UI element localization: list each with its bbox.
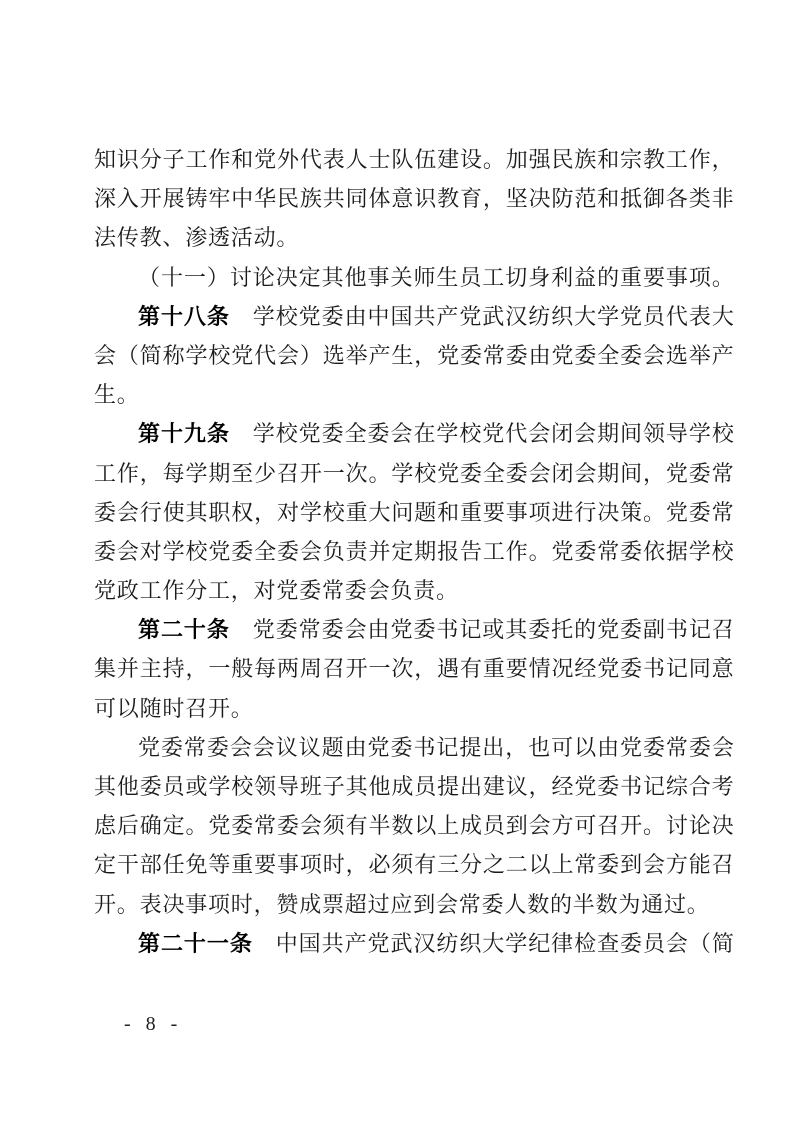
text-line: 第十八条 学校党委由中国共产党武汉纺织大学党员代表大	[94, 297, 734, 336]
text-line: 其他委员或学校领导班子其他成员提出建议，经党委书记综合考	[94, 767, 734, 806]
page-number: - 8 -	[124, 1013, 182, 1035]
text-line: （十一）讨论决定其他事关师生员工切身利益的重要事项。	[94, 258, 734, 297]
text-line: 党委常委会会议议题由党委书记提出，也可以由党委常委会	[94, 728, 734, 767]
paragraph: 党委常委会会议议题由党委书记提出，也可以由党委常委会其他委员或学校领导班子其他成…	[94, 728, 734, 924]
text-line: 法传教、渗透活动。	[94, 218, 734, 257]
paragraph: 第二十一条 中国共产党武汉纺织大学纪律检查委员会（简	[94, 924, 734, 963]
paragraph: 第十九条 学校党委全委会在学校党代会闭会期间领导学校工作，每学期至少召开一次。学…	[94, 414, 734, 610]
text-line: 第二十条 党委常委会由党委书记或其委托的党委副书记召	[94, 610, 734, 649]
text-line: 开。表决事项时，赞成票超过应到会常委人数的半数为通过。	[94, 885, 734, 924]
text-line: 虑后确定。党委常委会须有半数以上成员到会方可召开。讨论决	[94, 806, 734, 845]
text-line: 委会行使其职权，对学校重大问题和重要事项进行决策。党委常	[94, 493, 734, 532]
text-line: 第十九条 学校党委全委会在学校党代会闭会期间领导学校	[94, 414, 734, 453]
text-line: 定干部任免等重要事项时，必须有三分之二以上常委到会方能召	[94, 845, 734, 884]
text-line: 委会对学校党委全委会负责并定期报告工作。党委常委依据学校	[94, 532, 734, 571]
paragraph: 知识分子工作和党外代表人士队伍建设。加强民族和宗教工作，深入开展铸牢中华民族共同…	[94, 140, 734, 258]
paragraph: 第二十条 党委常委会由党委书记或其委托的党委副书记召集并主持，一般每两周召开一次…	[94, 610, 734, 728]
text-line: 会（简称学校党代会）选举产生，党委常委由党委全委会选举产	[94, 336, 734, 375]
paragraph: （十一）讨论决定其他事关师生员工切身利益的重要事项。	[94, 258, 734, 297]
text-line: 知识分子工作和党外代表人士队伍建设。加强民族和宗教工作，	[94, 140, 734, 179]
text-line: 可以随时召开。	[94, 689, 734, 728]
text-block: 知识分子工作和党外代表人士队伍建设。加强民族和宗教工作，深入开展铸牢中华民族共同…	[94, 140, 734, 963]
text-line: 深入开展铸牢中华民族共同体意识教育，坚决防范和抵御各类非	[94, 179, 734, 218]
text-line: 党政工作分工，对党委常委会负责。	[94, 571, 734, 610]
paragraph: 第十八条 学校党委由中国共产党武汉纺织大学党员代表大会（简称学校党代会）选举产生…	[94, 297, 734, 415]
text-line: 生。	[94, 375, 734, 414]
text-line: 集并主持，一般每两周召开一次，遇有重要情况经党委书记同意	[94, 649, 734, 688]
text-line: 工作，每学期至少召开一次。学校党委全委会闭会期间，党委常	[94, 454, 734, 493]
text-line: 第二十一条 中国共产党武汉纺织大学纪律检查委员会（简	[94, 924, 734, 963]
document-page: 知识分子工作和党外代表人士队伍建设。加强民族和宗教工作，深入开展铸牢中华民族共同…	[0, 0, 794, 1123]
